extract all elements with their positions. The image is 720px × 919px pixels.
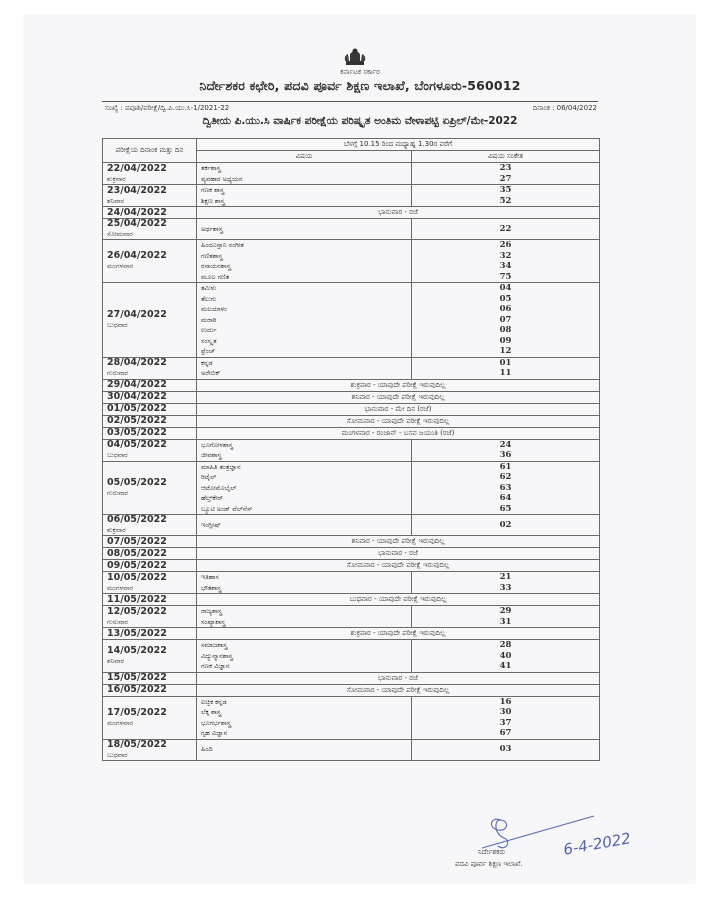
subject-column-header: ವಿಷಯ (197, 151, 412, 163)
exam-date: 18/05/2022 (107, 740, 192, 750)
holiday-row: 01/05/2022ಭಾನುವಾರ - ಮೇ ದಿನ (ರಜೆ) (103, 403, 600, 415)
exam-date: 03/05/2022 (107, 428, 192, 438)
subject-code: 26 (416, 240, 595, 251)
exam-day: ಶನಿವಾರ (107, 656, 192, 666)
exam-date: 01/05/2022 (107, 404, 192, 414)
exam-row: 18/05/2022ಬುಧವಾರಹಿಂದಿ03 (103, 739, 600, 760)
subject-name: ಇತಿಹಾಸ (201, 572, 407, 583)
office-title: ನಿರ್ದೇಶಕರ ಕಛೇರಿ, ಪದವಿ ಪೂರ್ವ ಶಿಕ್ಷಣ ಇಲಾಖೆ… (0, 78, 720, 94)
exam-date: 29/04/2022 (107, 380, 192, 390)
subject-name: ಭೂಗರ್ಭಶಾಸ್ತ್ರ (201, 718, 407, 729)
date-cell: 24/04/2022 (103, 207, 197, 219)
subject-name: ಉರ್ದು (201, 325, 407, 336)
subject-name: ಶಿಕ್ಷಣ ಶಾಸ್ತ್ರ (201, 196, 407, 207)
date-cell: 13/05/2022 (103, 628, 197, 640)
holiday-note: ಭಾನುವಾರ - ರಜೆ (197, 207, 600, 219)
document-date: ದಿನಾಂಕ : 06/04/2022 (533, 104, 597, 113)
subject-code: 31 (416, 617, 595, 628)
subject-name: ಅರ್ಥಶಾಸ್ತ್ರ (201, 224, 407, 235)
holiday-note: ಭಾನುವಾರ - ರಜೆ (197, 672, 600, 684)
exam-row: 10/05/2022ಮಂಗಳವಾರಇತಿಹಾಸಭೌತಶಾಸ್ತ್ರ2133 (103, 572, 600, 594)
date-cell: 18/05/2022ಬುಧವಾರ (103, 739, 197, 760)
subject-name: ಮರಾಠಿ (201, 315, 407, 326)
subject-cell: ಇಂಗ್ಲೀಷ್ (197, 515, 412, 536)
holiday-note: ಶನಿವಾರ - ಯಾವುದೇ ಪರೀಕ್ಷೆ ಇರುವುದಿಲ್ಲ (197, 391, 600, 403)
subject-code: 34 (416, 261, 595, 272)
subject-code-cell: 03 (412, 739, 600, 760)
subject-code-cell: 0111 (412, 357, 600, 379)
date-cell: 08/05/2022 (103, 548, 197, 560)
document-title: ದ್ವಿತೀಯ ಪಿ.ಯು.ಸಿ ವಾರ್ಷಿಕ ಪರೀಕ್ಷೆಯ ಪರಿಷ್ಕ… (0, 115, 720, 128)
date-cell: 10/05/2022ಮಂಗಳವಾರ (103, 572, 197, 594)
exam-day: ಮಂಗಳವಾರ (107, 583, 192, 593)
subject-name: ಇಂಗ್ಲೀಷ್ (201, 520, 407, 531)
holiday-row: 03/05/2022ಮಂಗಳವಾರ - ರಂಜಾನ್ - ಬಸವ ಜಯಂತಿ (… (103, 427, 600, 439)
subject-name: ರಿಟೈಲ್ (201, 472, 407, 483)
subject-name: ಐಚ್ಛಿಕ ಕನ್ನಡ (201, 697, 407, 708)
subject-code: 03 (416, 744, 595, 755)
subject-name: ಮೂಲ ಗಣಿತ (201, 272, 407, 283)
holiday-note: ಭಾನುವಾರ - ರಜೆ (197, 548, 600, 560)
subject-name: ಗಣಿತಶಾಸ್ತ್ರ (201, 251, 407, 262)
holiday-note: ಭಾನುವಾರ - ಮೇ ದಿನ (ರಜೆ) (197, 403, 600, 415)
subject-code: 75 (416, 272, 595, 283)
date-cell: 17/05/2022ಮಂಗಳವಾರ (103, 696, 197, 739)
reference-number: ಸಂಖ್ಯೆ : ಪಪೂಶಿ/ಪರೀಕ್ಷೆ/ದ್ವಿ.ಪಿ.ಯು.ಸಿ-1/2… (105, 104, 229, 113)
subject-name: ತರ್ಕಶಾಸ್ತ್ರ (201, 163, 407, 174)
subject-code: 41 (416, 661, 595, 672)
date-column-header: ಪರೀಕ್ಷೆಯ ದಿನಾಂಕ ಮತ್ತು ದಿನ (103, 139, 197, 163)
subject-cell: ತಮಿಳುತೆಲುಗುಮಲಯಾಳಂಮರಾಠಿಉರ್ದುಸಂಸ್ಕೃತಫ್ರೆಂಚ… (197, 283, 412, 358)
subject-code: 62 (416, 472, 595, 483)
subject-code-cell: 26323475 (412, 240, 600, 283)
subject-name: ಸಂಖ್ಯಾಶಾಸ್ತ್ರ (201, 617, 407, 628)
exam-date: 05/05/2022 (107, 478, 192, 488)
subject-code-cell: 16303767 (412, 696, 600, 739)
holiday-row: 07/05/2022ಶನಿವಾರ - ಯಾವುದೇ ಪರೀಕ್ಷೆ ಇರುವುದ… (103, 536, 600, 548)
subject-code: 65 (416, 504, 595, 515)
exam-day: ಸೋಮವಾರ (107, 229, 192, 239)
holiday-row: 11/05/2022ಬುಧವಾರ - ಯಾವುದೇ ಪರೀಕ್ಷೆ ಇರುವುದ… (103, 594, 600, 606)
exam-date: 16/05/2022 (107, 685, 192, 695)
exam-day: ಗುರುವಾರ (107, 617, 192, 627)
subject-code-cell: 6162636465 (412, 461, 600, 515)
subject-cell: ಸಮಾಜಶಾಸ್ತ್ರವಿದ್ಯುನ್ಮಾನಶಾಸ್ತ್ರಗಣಕ ವಿಜ್ಞಾನ (197, 640, 412, 673)
subject-code: 22 (416, 224, 595, 235)
subject-cell: ತರ್ಕಶಾಸ್ತ್ರವ್ಯವಹಾರ ಅಧ್ಯಯನ (197, 163, 412, 185)
subject-name: ಗೃಹ ವಿಜ್ಞಾನ (201, 728, 407, 739)
subject-code: 40 (416, 651, 595, 662)
subject-cell: ಅರ್ಥಶಾಸ್ತ್ರ (197, 219, 412, 240)
exam-day: ಬುಧವಾರ (107, 450, 192, 460)
subject-code: 33 (416, 583, 595, 594)
subject-name: ಹೆಲ್ತ್‌ಕೇರ್ (201, 493, 407, 504)
holiday-row: 08/05/2022ಭಾನುವಾರ - ರಜೆ (103, 548, 600, 560)
holiday-note: ಶುಕ್ರವಾರ - ಯಾವುದೇ ಪರೀಕ್ಷೆ ಇರುವುದಿಲ್ಲ (197, 379, 600, 391)
date-cell: 07/05/2022 (103, 536, 197, 548)
subject-code-cell: 3552 (412, 185, 600, 207)
holiday-note: ಶನಿವಾರ - ಯಾವುದೇ ಪರೀಕ್ಷೆ ಇರುವುದಿಲ್ಲ (197, 536, 600, 548)
holiday-row: 09/05/2022ಸೋಮವಾರ - ಯಾವುದೇ ಪರೀಕ್ಷೆ ಇರುವುದ… (103, 560, 600, 572)
subject-name: ಸಮಾಜಶಾಸ್ತ್ರ (201, 640, 407, 651)
signatory-designation: ನಿರ್ದೇಶಕರು (478, 848, 505, 857)
exam-day: ಗುರುವಾರ (107, 368, 192, 378)
subject-code: 35 (416, 185, 595, 196)
subject-code: 29 (416, 606, 595, 617)
holiday-note: ಸೋಮವಾರ - ಯಾವುದೇ ಪರೀಕ್ಷೆ ಇರುವುದಿಲ್ಲ (197, 684, 600, 696)
exam-row: 04/05/2022ಬುಧವಾರಭೂಗೋಳಶಾಸ್ತ್ರಜೀವಶಾಸ್ತ್ರ24… (103, 439, 600, 461)
subject-code: 63 (416, 483, 595, 494)
exam-row: 26/04/2022ಮಂಗಳವಾರಹಿಂದೂಸ್ತಾನಿ ಸಂಗೀತಗಣಿತಶಾ… (103, 240, 600, 283)
subject-name: ಹಿಂದಿ (201, 744, 407, 755)
date-cell: 30/04/2022 (103, 391, 197, 403)
subject-code: 27 (416, 174, 595, 185)
holiday-row: 15/05/2022ಭಾನುವಾರ - ರಜೆ (103, 672, 600, 684)
date-cell: 06/05/2022ಶುಕ್ರವಾರ (103, 515, 197, 536)
exam-date: 15/05/2022 (107, 673, 192, 683)
subject-code: 28 (416, 640, 595, 651)
karnataka-emblem-icon (342, 46, 368, 66)
subject-code: 61 (416, 462, 595, 473)
exam-row: 27/04/2022ಬುಧವಾರತಮಿಳುತೆಲುಗುಮಲಯಾಳಂಮರಾಠಿಉರ… (103, 283, 600, 358)
exam-day: ಗುರುವಾರ (107, 488, 192, 498)
exam-date: 12/05/2022 (107, 607, 192, 617)
holiday-note: ಶುಕ್ರವಾರ - ಯಾವುದೇ ಪರೀಕ್ಷೆ ಇರುವುದಿಲ್ಲ (197, 628, 600, 640)
subject-code: 16 (416, 697, 595, 708)
exam-row: 23/04/2022ಶನಿವಾರಗಣಕ ಶಾಸ್ತ್ರಶಿಕ್ಷಣ ಶಾಸ್ತ್… (103, 185, 600, 207)
exam-date: 07/05/2022 (107, 537, 192, 547)
subject-cell: ಇತಿಹಾಸಭೌತಶಾಸ್ತ್ರ (197, 572, 412, 594)
exam-day: ಬುಧವಾರ (107, 320, 192, 330)
date-cell: 29/04/2022 (103, 379, 197, 391)
subject-code: 24 (416, 440, 595, 451)
subject-cell: ಭೂಗೋಳಶಾಸ್ತ್ರಜೀವಶಾಸ್ತ್ರ (197, 439, 412, 461)
subject-code-cell: 2931 (412, 606, 600, 628)
subject-code: 30 (416, 707, 595, 718)
subject-name: ಭೌತಶಾಸ್ತ್ರ (201, 583, 407, 594)
holiday-note: ಸೋಮವಾರ - ಯಾವುದೇ ಪರೀಕ್ಷೆ ಇರುವುದಿಲ್ಲ (197, 560, 600, 572)
exam-date: 06/05/2022 (107, 515, 192, 525)
exam-day: ಶುಕ್ರವಾರ (107, 525, 192, 535)
holiday-row: 13/05/2022ಶುಕ್ರವಾರ - ಯಾವುದೇ ಪರೀಕ್ಷೆ ಇರುವ… (103, 628, 600, 640)
subject-name: ರಾಜ್ಯಶಾಸ್ತ್ರ (201, 606, 407, 617)
subject-name: ವಿದ್ಯುನ್ಮಾನಶಾಸ್ತ್ರ (201, 651, 407, 662)
exam-date: 24/04/2022 (107, 208, 192, 218)
code-column-header: ವಿಷಯ ಸಂಕೇತ (412, 151, 600, 163)
date-cell: 14/05/2022ಶನಿವಾರ (103, 640, 197, 673)
date-cell: 05/05/2022ಗುರುವಾರ (103, 461, 197, 515)
exam-date: 23/04/2022 (107, 186, 192, 196)
subject-code-cell: 2327 (412, 163, 600, 185)
exam-date: 22/04/2022 (107, 164, 192, 174)
subject-name: ಅರೇಬಿಕ್ (201, 368, 407, 379)
exam-date: 25/04/2022 (107, 219, 192, 229)
exam-row: 25/04/2022ಸೋಮವಾರಅರ್ಥಶಾಸ್ತ್ರ22 (103, 219, 600, 240)
date-cell: 03/05/2022 (103, 427, 197, 439)
date-cell: 26/04/2022ಮಂಗಳವಾರ (103, 240, 197, 283)
subject-code: 11 (416, 368, 595, 379)
subject-name: ಲೆಕ್ಕ ಶಾಸ್ತ್ರ (201, 707, 407, 718)
exam-date: 13/05/2022 (107, 629, 192, 639)
subject-name: ಭೂಗೋಳಶಾಸ್ತ್ರ (201, 440, 407, 451)
exam-row: 14/05/2022ಶನಿವಾರಸಮಾಜಶಾಸ್ತ್ರವಿದ್ಯುನ್ಮಾನಶಾ… (103, 640, 600, 673)
date-cell: 01/05/2022 (103, 403, 197, 415)
subject-cell: ಐಚ್ಛಿಕ ಕನ್ನಡಲೆಕ್ಕ ಶಾಸ್ತ್ರಭೂಗರ್ಭಶಾಸ್ತ್ರಗೃ… (197, 696, 412, 739)
holiday-note: ಬುಧವಾರ - ಯಾವುದೇ ಪರೀಕ್ಷೆ ಇರುವುದಿಲ್ಲ (197, 594, 600, 606)
exam-row: 22/04/2022ಶುಕ್ರವಾರತರ್ಕಶಾಸ್ತ್ರವ್ಯವಹಾರ ಅಧ್… (103, 163, 600, 185)
subject-code: 01 (416, 358, 595, 369)
exam-date: 09/05/2022 (107, 561, 192, 571)
exam-timetable: ಪರೀಕ್ಷೆಯ ದಿನಾಂಕ ಮತ್ತು ದಿನ ಬೆಳಗ್ಗೆ 10.15 … (102, 138, 600, 761)
subject-name: ಗಣಕ ವಿಜ್ಞಾನ (201, 661, 407, 672)
subject-code: 64 (416, 493, 595, 504)
subject-name: ರಸಾಯನಶಾಸ್ತ್ರ (201, 261, 407, 272)
exam-row: 06/05/2022ಶುಕ್ರವಾರಇಂಗ್ಲೀಷ್02 (103, 515, 600, 536)
exam-date: 02/05/2022 (107, 416, 192, 426)
exam-day: ಶುಕ್ರವಾರ (107, 174, 192, 184)
time-header: ಬೆಳಗ್ಗೆ 10.15 ರಿಂದ ಮಧ್ಯಾಹ್ನ 1.30ರ ವರೆಗೆ (197, 139, 600, 151)
subject-code: 32 (416, 251, 595, 262)
exam-date: 28/04/2022 (107, 358, 192, 368)
subject-code: 37 (416, 718, 595, 729)
exam-day: ಬುಧವಾರ (107, 750, 192, 760)
subject-name: ತೆಲುಗು (201, 294, 407, 305)
subject-name: ಬ್ಯೂಟಿ ಅಂಡ್ ವೆಲ್‌ನೆಸ್ (201, 504, 407, 515)
exam-row: 12/05/2022ಗುರುವಾರರಾಜ್ಯಶಾಸ್ತ್ರಸಂಖ್ಯಾಶಾಸ್ತ… (103, 606, 600, 628)
subject-name: ಜೀವಶಾಸ್ತ್ರ (201, 450, 407, 461)
subject-cell: ಕನ್ನಡಅರೇಬಿಕ್ (197, 357, 412, 379)
subject-cell: ಹಿಂದಿ (197, 739, 412, 760)
subject-code: 04 (416, 283, 595, 294)
holiday-row: 29/04/2022ಶುಕ್ರವಾರ - ಯಾವುದೇ ಪರೀಕ್ಷೆ ಇರುವ… (103, 379, 600, 391)
subject-code-cell: 2436 (412, 439, 600, 461)
subject-code-cell: 2133 (412, 572, 600, 594)
exam-date: 30/04/2022 (107, 392, 192, 402)
exam-date: 08/05/2022 (107, 549, 192, 559)
holiday-row: 24/04/2022ಭಾನುವಾರ - ರಜೆ (103, 207, 600, 219)
date-cell: 12/05/2022ಗುರುವಾರ (103, 606, 197, 628)
holiday-row: 30/04/2022ಶನಿವಾರ - ಯಾವುದೇ ಪರೀಕ್ಷೆ ಇರುವುದ… (103, 391, 600, 403)
subject-name: ಮಲಯಾಳಂ (201, 304, 407, 315)
exam-row: 17/05/2022ಮಂಗಳವಾರಐಚ್ಛಿಕ ಕನ್ನಡಲೆಕ್ಕ ಶಾಸ್ತ… (103, 696, 600, 739)
subject-code-cell: 22 (412, 219, 600, 240)
subject-name: ಕನ್ನಡ (201, 358, 407, 369)
subject-name: ಮಾಹಿತಿ ತಂತ್ರಜ್ಞಾನ (201, 462, 407, 473)
holiday-note: ಮಂಗಳವಾರ - ರಂಜಾನ್ - ಬಸವ ಜಯಂತಿ (ರಜೆ) (197, 427, 600, 439)
date-cell: 09/05/2022 (103, 560, 197, 572)
holiday-row: 16/05/2022ಸೋಮವಾರ - ಯಾವುದೇ ಪರೀಕ್ಷೆ ಇರುವುದ… (103, 684, 600, 696)
subject-code: 06 (416, 304, 595, 315)
holiday-row: 02/05/2022ಸೋಮವಾರ - ಯಾವುದೇ ಪರೀಕ್ಷೆ ಇರುವುದ… (103, 415, 600, 427)
exam-date: 26/04/2022 (107, 251, 192, 261)
exam-date: 17/05/2022 (107, 708, 192, 718)
date-cell: 27/04/2022ಬುಧವಾರ (103, 283, 197, 358)
subject-name: ಸಂಸ್ಕೃತ (201, 336, 407, 347)
exam-day: ಶನಿವಾರ (107, 196, 192, 206)
exam-date: 10/05/2022 (107, 573, 192, 583)
date-cell: 28/04/2022ಗುರುವಾರ (103, 357, 197, 379)
subject-name: ತಮಿಳು (201, 283, 407, 294)
date-cell: 04/05/2022ಬುಧವಾರ (103, 439, 197, 461)
subject-name: ಗಣಕ ಶಾಸ್ತ್ರ (201, 185, 407, 196)
exam-row: 05/05/2022ಗುರುವಾರಮಾಹಿತಿ ತಂತ್ರಜ್ಞಾನರಿಟೈಲ್… (103, 461, 600, 515)
date-cell: 11/05/2022 (103, 594, 197, 606)
subject-name: ವ್ಯವಹಾರ ಅಧ್ಯಯನ (201, 174, 407, 185)
date-cell: 22/04/2022ಶುಕ್ರವಾರ (103, 163, 197, 185)
date-cell: 16/05/2022 (103, 684, 197, 696)
exam-date: 04/05/2022 (107, 440, 192, 450)
subject-code: 07 (416, 315, 595, 326)
exam-date: 11/05/2022 (107, 595, 192, 605)
subject-code: 08 (416, 325, 595, 336)
subject-code: 36 (416, 450, 595, 461)
subject-code: 02 (416, 520, 595, 531)
header-divider (102, 101, 598, 102)
subject-code: 12 (416, 346, 595, 357)
timetable-body: 22/04/2022ಶುಕ್ರವಾರತರ್ಕಶಾಸ್ತ್ರವ್ಯವಹಾರ ಅಧ್… (103, 163, 600, 761)
exam-date: 14/05/2022 (107, 646, 192, 656)
subject-code: 23 (416, 163, 595, 174)
subject-name: ಆಟೋಮೊಬೈಲ್ (201, 483, 407, 494)
subject-code-cell: 284041 (412, 640, 600, 673)
subject-code: 52 (416, 196, 595, 207)
exam-date: 27/04/2022 (107, 310, 192, 320)
exam-day: ಮಂಗಳವಾರ (107, 718, 192, 728)
subject-code: 05 (416, 294, 595, 305)
exam-day: ಮಂಗಳವಾರ (107, 261, 192, 271)
date-cell: 25/04/2022ಸೋಮವಾರ (103, 219, 197, 240)
subject-cell: ಗಣಕ ಶಾಸ್ತ್ರಶಿಕ್ಷಣ ಶಾಸ್ತ್ರ (197, 185, 412, 207)
date-cell: 02/05/2022 (103, 415, 197, 427)
date-cell: 23/04/2022ಶನಿವಾರ (103, 185, 197, 207)
subject-cell: ರಾಜ್ಯಶಾಸ್ತ್ರಸಂಖ್ಯಾಶಾಸ್ತ್ರ (197, 606, 412, 628)
holiday-note: ಸೋಮವಾರ - ಯಾವುದೇ ಪರೀಕ್ಷೆ ಇರುವುದಿಲ್ಲ (197, 415, 600, 427)
date-cell: 15/05/2022 (103, 672, 197, 684)
subject-name: ಹಿಂದೂಸ್ತಾನಿ ಸಂಗೀತ (201, 240, 407, 251)
exam-row: 28/04/2022ಗುರುವಾರಕನ್ನಡಅರೇಬಿಕ್0111 (103, 357, 600, 379)
subject-name: ಫ್ರೆಂಚ್ (201, 346, 407, 357)
subject-code-cell: 02 (412, 515, 600, 536)
subject-code-cell: 04050607080912 (412, 283, 600, 358)
subject-cell: ಹಿಂದೂಸ್ತಾನಿ ಸಂಗೀತಗಣಿತಶಾಸ್ತ್ರರಸಾಯನಶಾಸ್ತ್ರ… (197, 240, 412, 283)
subject-code: 09 (416, 336, 595, 347)
government-label: ಕರ್ನಾಟಕ ಸರ್ಕಾರ (0, 68, 720, 77)
subject-code: 21 (416, 572, 595, 583)
subject-code: 67 (416, 728, 595, 739)
signatory-department: ಪದವಿ ಪೂರ್ವ ಶಿಕ್ಷಣ ಇಲಾಖೆ. (455, 860, 523, 869)
subject-cell: ಮಾಹಿತಿ ತಂತ್ರಜ್ಞಾನರಿಟೈಲ್ಆಟೋಮೊಬೈಲ್ಹೆಲ್ತ್‌ಕ… (197, 461, 412, 515)
